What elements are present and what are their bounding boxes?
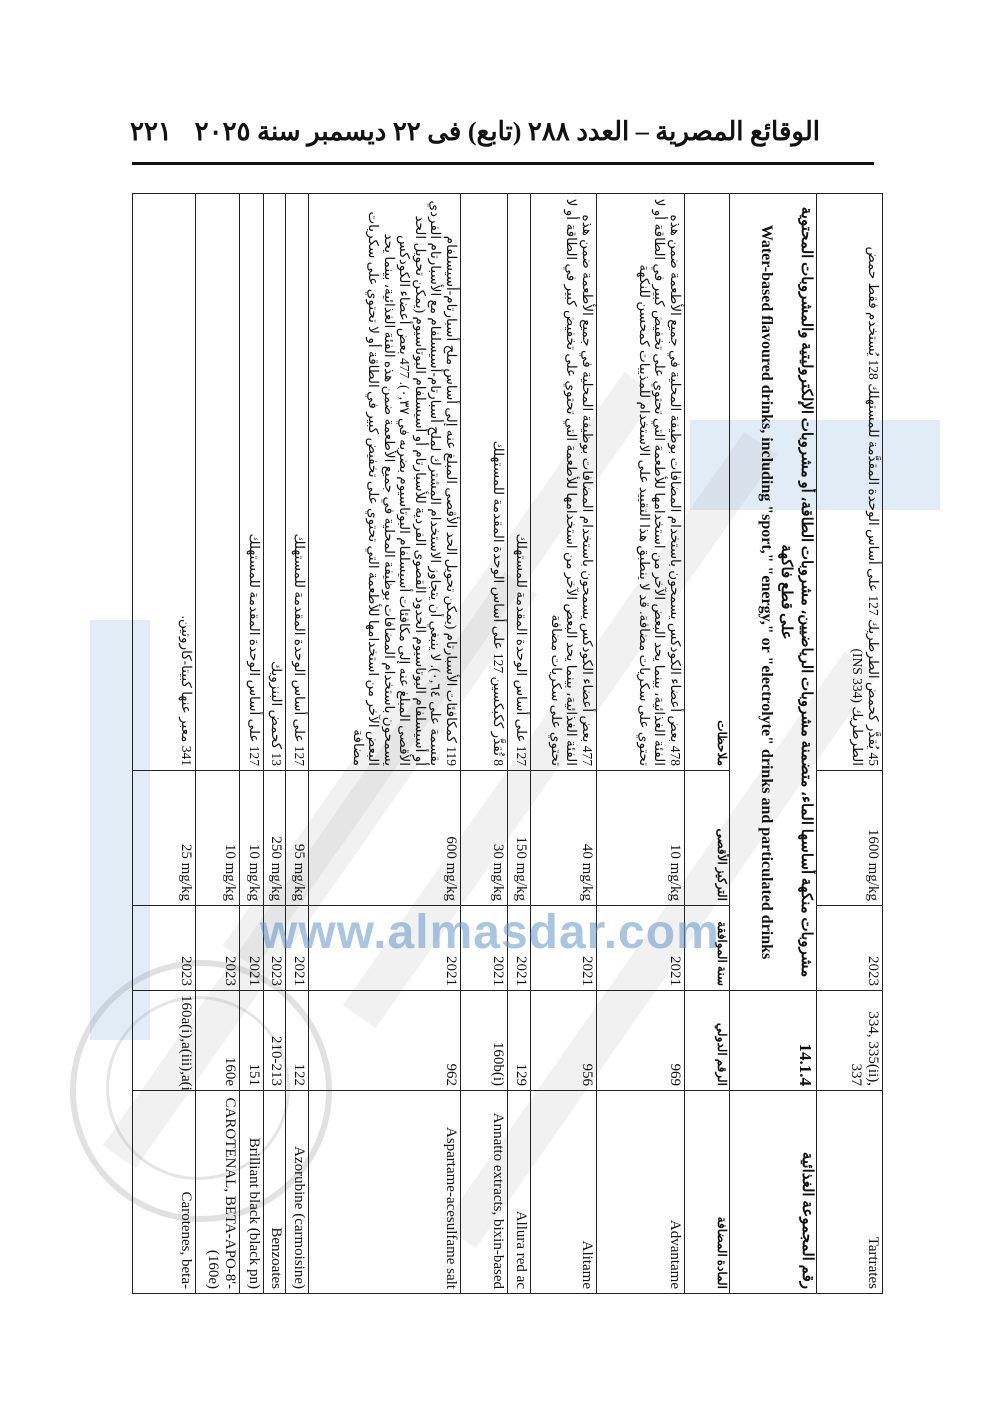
- notes-cell: 341 معبر عنها كبيتا-كاروتين.: [133, 194, 196, 771]
- additive-cell: Tartrates: [817, 1091, 883, 1294]
- table-row: 127 على أساس الوحدة المقدمة للمستهلك95 m…: [286, 194, 309, 1294]
- notes-cell: 127 على أساس الوحدة المقدمة للمستهلك: [286, 194, 309, 771]
- additive-cell: Advantame: [597, 1091, 685, 1294]
- year-cell: 2021: [309, 906, 461, 991]
- category-title-ar: مشروبات منكهة أساسها الماء، متضمنة مشروب…: [776, 198, 815, 986]
- ins-cell: 956: [531, 991, 597, 1091]
- notes-cell: 45 يُقدَّر كحمض الطرطريك 127 على أساس ال…: [817, 194, 883, 771]
- max-level-cell: 150 mg/kg: [508, 771, 531, 906]
- additive-cell: Aspartame-acesulfame salt: [309, 1091, 461, 1294]
- page-header: الوقائع المصرية – العدد ٢٨٨ (تابع) فى ٢٢…: [130, 112, 820, 152]
- max-level-cell: 30 mg/kg: [461, 771, 508, 906]
- ins-cell: 160e: [196, 991, 240, 1091]
- notes-cell: 127 على أساس الوحدة المقدمة للمستهلك: [508, 194, 531, 771]
- ins-cell: 129: [508, 991, 531, 1091]
- table-row: 477 بعض أعضاء الكودكس يسمحون باستخدام ال…: [531, 194, 597, 1294]
- notes-cell: 478 بعض أعضاء الكودكس يسمحون باستخدام ال…: [597, 194, 685, 771]
- notes-cell: 119 كمكافئات الأسبارتام (يمكن تحويل الحد…: [309, 194, 461, 771]
- category-title-en: Water-based flavoured drinks, including …: [757, 198, 776, 986]
- header-ins: الرقم الدولي: [685, 991, 730, 1091]
- year-cell: 2023: [196, 906, 240, 991]
- notes-cell: 8 تُقدَّر ككبكسين 127 على أساس الوحدة ال…: [461, 194, 508, 771]
- additive-cell: CAROTENAL, BETA-APO-8'- (160e): [196, 1091, 240, 1294]
- year-cell: 2021: [286, 906, 309, 991]
- ins-cell: 962: [309, 991, 461, 1091]
- header-year: سنة الموافقة: [685, 906, 730, 991]
- max-level-cell: 10 mg/kg: [597, 771, 685, 906]
- table-row: 119 كمكافئات الأسبارتام (يمكن تحويل الحد…: [309, 194, 461, 1294]
- table-row: 127 على أساس الوحدة المقدمة للمستهلك10 m…: [240, 194, 264, 1294]
- category-label: رقم المجموعة الغذائية: [730, 1091, 817, 1294]
- header-additive: المادة المضافة: [685, 1091, 730, 1294]
- category-code: 14.1.4: [730, 991, 817, 1091]
- max-level-cell: 10 mg/kg: [196, 771, 240, 906]
- ins-cell: 969: [597, 991, 685, 1091]
- ins-cell: 160b(i): [461, 991, 508, 1091]
- table-row: 341 معبر عنها كبيتا-كاروتين.25 mg/kg2023…: [133, 194, 196, 1294]
- max-level-cell: 250 mg/kg: [264, 771, 286, 906]
- category-title-cell: مشروبات منكهة أساسها الماء، متضمنة مشروب…: [730, 194, 817, 991]
- max-level-cell: 95 mg/kg: [286, 771, 309, 906]
- notes-cell: [196, 194, 240, 771]
- year-cell: 2023: [264, 906, 286, 991]
- food-additives-table: 45 يُقدَّر كحمض الطرطريك 127 على أساس ال…: [132, 193, 883, 1294]
- notes-cell: 13 كحمض البنزويك: [264, 194, 286, 771]
- year-cell: 2023: [817, 906, 883, 991]
- ins-cell: 210-213: [264, 991, 286, 1091]
- table-row: 478 بعض أعضاء الكودكس يسمحون باستخدام ال…: [597, 194, 685, 1294]
- max-level-cell: 40 mg/kg: [531, 771, 597, 906]
- page-number: ٢٢١: [130, 117, 172, 147]
- ins-cell: 151: [240, 991, 264, 1091]
- table-row: 13 كحمض البنزويك250 mg/kg2023210-213Benz…: [264, 194, 286, 1294]
- header-notes: ملاحظات: [685, 194, 730, 771]
- table-row: 127 على أساس الوحدة المقدمة للمستهلك150 …: [508, 194, 531, 1294]
- additive-cell: Annatto extracts, bixin-based: [461, 1091, 508, 1294]
- additive-cell: Alitame: [531, 1091, 597, 1294]
- additive-cell: Azorubine (carmoisine): [286, 1091, 309, 1294]
- additive-cell: Allura red ac: [508, 1091, 531, 1294]
- table-row: 8 تُقدَّر ككبكسين 127 على أساس الوحدة ال…: [461, 194, 508, 1294]
- gazette-title: الوقائع المصرية – العدد ٢٨٨ (تابع) فى ٢٢…: [195, 117, 820, 147]
- notes-cell: 477 بعض أعضاء الكودكس يسمحون باستخدام ال…: [531, 194, 597, 771]
- table-row: 10 mg/kg2023160eCAROTENAL, BETA-APO-8'- …: [196, 194, 240, 1294]
- year-cell: 2023: [133, 906, 196, 991]
- ins-cell: 122: [286, 991, 309, 1091]
- year-cell: 2021: [597, 906, 685, 991]
- header-row: ملاحظات التركيز الأقصى سنة الموافقة الرق…: [685, 194, 730, 1294]
- ins-cell: 334, 335(ii), 337: [817, 991, 883, 1091]
- max-level-cell: 25 mg/kg: [133, 771, 196, 906]
- max-level-cell: 10 mg/kg: [240, 771, 264, 906]
- ins-cell: 160a(i),a(iii),a(iv): [133, 991, 196, 1091]
- additive-cell: Benzoates: [264, 1091, 286, 1294]
- year-cell: 2021: [461, 906, 508, 991]
- table-row-tartrates: 45 يُقدَّر كحمض الطرطريك 127 على أساس ال…: [817, 194, 883, 1294]
- additive-cell: Brilliant black (black pn): [240, 1091, 264, 1294]
- max-level-cell: 600 mg/kg: [309, 771, 461, 906]
- year-cell: 2021: [240, 906, 264, 991]
- year-cell: 2021: [508, 906, 531, 991]
- header-max-level: التركيز الأقصى: [685, 771, 730, 906]
- additive-cell: Carotenes, beta-: [133, 1091, 196, 1294]
- notes-cell: 127 على أساس الوحدة المقدمة للمستهلك: [240, 194, 264, 771]
- max-level-cell: 1600 mg/kg: [817, 771, 883, 906]
- year-cell: 2021: [531, 906, 597, 991]
- food-additives-table-container: 45 يُقدَّر كحمض الطرطريك 127 على أساس ال…: [133, 193, 883, 1293]
- category-row: مشروبات منكهة أساسها الماء، متضمنة مشروب…: [730, 194, 817, 1294]
- header-divider: [132, 162, 874, 165]
